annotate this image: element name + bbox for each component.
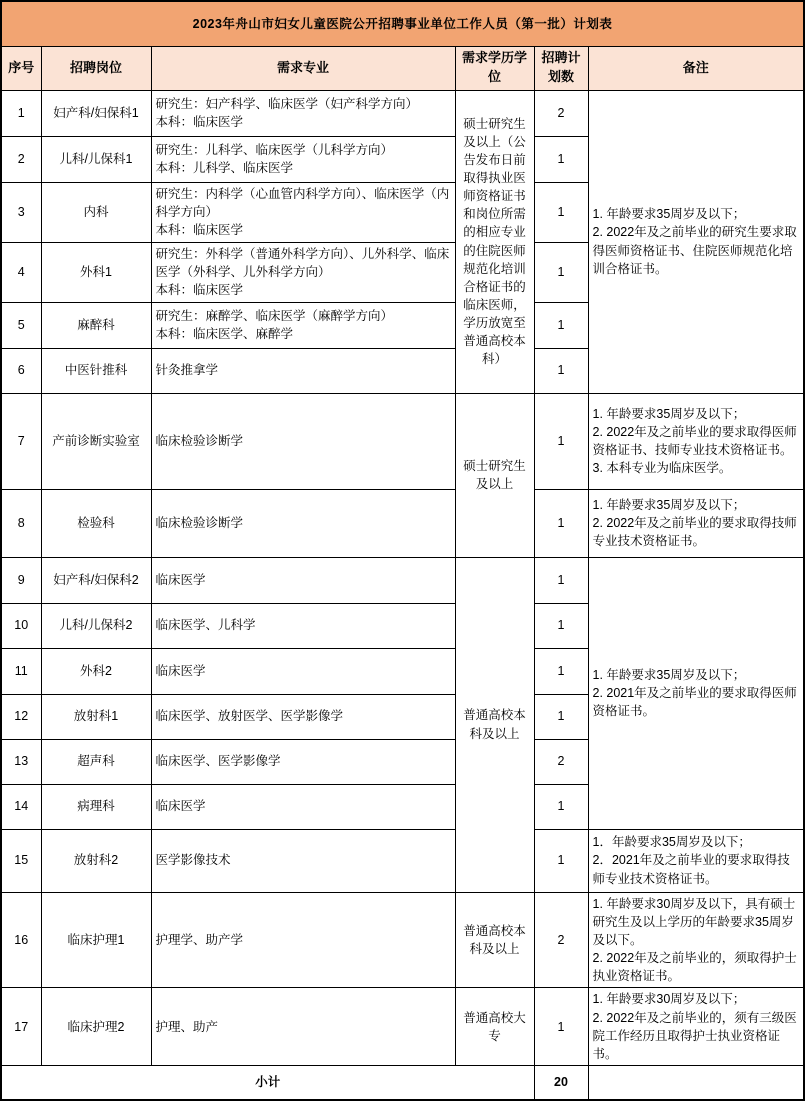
cell-major: 护理、助产	[151, 988, 455, 1066]
subtotal-row: 小计 20	[1, 1066, 804, 1100]
cell-count: 1	[534, 829, 588, 892]
cell-major: 临床医学	[151, 784, 455, 829]
cell-count: 1	[534, 242, 588, 302]
cell-no: 1	[1, 90, 41, 136]
table-row: 8检验科临床检验诊断学11. 年龄要求35周岁及以下； 2. 2022年及之前毕…	[1, 489, 804, 557]
cell-count: 2	[534, 892, 588, 988]
cell-no: 6	[1, 348, 41, 393]
cell-post: 中医针推科	[41, 348, 151, 393]
table-row: 17临床护理2护理、助产普通高校大专11. 年龄要求30周岁及以下； 2. 20…	[1, 988, 804, 1066]
cell-major: 研究生：麻醉学、临床医学（麻醉学方向） 本科：临床医学、麻醉学	[151, 302, 455, 348]
cell-post: 检验科	[41, 489, 151, 557]
cell-no: 2	[1, 136, 41, 182]
column-header-count: 招聘计划数	[534, 46, 588, 90]
recruitment-plan-sheet: 2023年舟山市妇女儿童医院公开招聘事业单位工作人员（第一批）计划表 序号 招聘…	[0, 0, 805, 1108]
cell-count: 1	[534, 988, 588, 1066]
cell-remark: 1．年龄要求35周岁及以下； 2．2021年及之前毕业的要求取得技师专业技术资格…	[588, 829, 804, 892]
cell-count: 1	[534, 603, 588, 648]
cell-count: 1	[534, 648, 588, 694]
cell-remark: 1. 年龄要求35周岁及以下； 2. 2022年及之前毕业的要求取得技师专业技术…	[588, 489, 804, 557]
column-header-post: 招聘岗位	[41, 46, 151, 90]
cell-post: 临床护理2	[41, 988, 151, 1066]
cell-major: 研究生：外科学（普通外科学方向）、儿外科学、临床医学（外科学、儿外科学方向） 本…	[151, 242, 455, 302]
cell-major: 临床检验诊断学	[151, 393, 455, 489]
cell-major: 临床医学	[151, 557, 455, 603]
cell-no: 16	[1, 892, 41, 988]
cell-education: 普通高校本科及以上	[455, 557, 534, 892]
cell-post: 外科1	[41, 242, 151, 302]
cell-no: 9	[1, 557, 41, 603]
cell-no: 15	[1, 829, 41, 892]
cell-education: 普通高校大专	[455, 988, 534, 1066]
cell-count: 1	[534, 348, 588, 393]
cell-post: 内科	[41, 182, 151, 242]
cell-remark: 1. 年龄要求35周岁及以下； 2. 2022年及之前毕业的研究生要求取得医师资…	[588, 90, 804, 393]
cell-no: 13	[1, 739, 41, 784]
cell-education: 硕士研究生及以上（公告发布日前取得执业医师资格证书和岗位所需的相应专业的住院医师…	[455, 90, 534, 393]
cell-remark: 1. 年龄要求30周岁及以下，具有硕士研究生及以上学历的年龄要求35周岁及以下。…	[588, 892, 804, 988]
column-header-edu: 需求学历学位	[455, 46, 534, 90]
cell-remark: 1. 年龄要求35周岁及以下； 2. 2021年及之前毕业的要求取得医师资格证书…	[588, 557, 804, 829]
cell-count: 2	[534, 739, 588, 784]
cell-major: 护理学、助产学	[151, 892, 455, 988]
table-row: 15放射科2医学影像技术11．年龄要求35周岁及以下； 2．2021年及之前毕业…	[1, 829, 804, 892]
cell-no: 4	[1, 242, 41, 302]
table-body: 1妇产科/妇保科1研究生：妇产科学、临床医学（妇产科学方向） 本科：临床医学硕士…	[1, 90, 804, 1066]
page-title: 2023年舟山市妇女儿童医院公开招聘事业单位工作人员（第一批）计划表	[1, 1, 804, 46]
table-row: 1妇产科/妇保科1研究生：妇产科学、临床医学（妇产科学方向） 本科：临床医学硕士…	[1, 90, 804, 136]
column-header-major: 需求专业	[151, 46, 455, 90]
cell-post: 妇产科/妇保科2	[41, 557, 151, 603]
cell-post: 妇产科/妇保科1	[41, 90, 151, 136]
cell-no: 5	[1, 302, 41, 348]
cell-major: 研究生：内科学（心血管内科学方向）、临床医学（内科学方向） 本科：临床医学	[151, 182, 455, 242]
column-header-row: 序号 招聘岗位 需求专业 需求学历学位 招聘计划数 备注	[1, 46, 804, 90]
cell-no: 3	[1, 182, 41, 242]
cell-major: 临床检验诊断学	[151, 489, 455, 557]
cell-post: 放射科2	[41, 829, 151, 892]
table-row: 16临床护理1护理学、助产学普通高校本科及以上21. 年龄要求30周岁及以下，具…	[1, 892, 804, 988]
cell-count: 1	[534, 557, 588, 603]
column-header-no: 序号	[1, 46, 41, 90]
cell-post: 麻醉科	[41, 302, 151, 348]
cell-no: 11	[1, 648, 41, 694]
cell-major: 研究生：妇产科学、临床医学（妇产科学方向） 本科：临床医学	[151, 90, 455, 136]
cell-education: 硕士研究生及以上	[455, 393, 534, 557]
cell-count: 1	[534, 136, 588, 182]
cell-major: 临床医学	[151, 648, 455, 694]
cell-major: 临床医学、儿科学	[151, 603, 455, 648]
cell-post: 产前诊断实验室	[41, 393, 151, 489]
cell-post: 临床护理1	[41, 892, 151, 988]
cell-major: 临床医学、放射医学、医学影像学	[151, 694, 455, 739]
cell-post: 儿科/儿保科2	[41, 603, 151, 648]
cell-no: 12	[1, 694, 41, 739]
cell-count: 1	[534, 393, 588, 489]
cell-major: 针灸推拿学	[151, 348, 455, 393]
title-row: 2023年舟山市妇女儿童医院公开招聘事业单位工作人员（第一批）计划表	[1, 1, 804, 46]
cell-count: 1	[534, 489, 588, 557]
cell-count: 2	[534, 90, 588, 136]
cell-major: 临床医学、医学影像学	[151, 739, 455, 784]
recruitment-table: 2023年舟山市妇女儿童医院公开招聘事业单位工作人员（第一批）计划表 序号 招聘…	[0, 0, 805, 1101]
cell-no: 8	[1, 489, 41, 557]
subtotal-remark	[588, 1066, 804, 1100]
cell-no: 7	[1, 393, 41, 489]
cell-major: 研究生：儿科学、临床医学（儿科学方向） 本科：儿科学、临床医学	[151, 136, 455, 182]
cell-post: 外科2	[41, 648, 151, 694]
cell-post: 超声科	[41, 739, 151, 784]
subtotal-count: 20	[534, 1066, 588, 1100]
cell-count: 1	[534, 182, 588, 242]
cell-no: 10	[1, 603, 41, 648]
column-header-remark: 备注	[588, 46, 804, 90]
cell-post: 病理科	[41, 784, 151, 829]
cell-post: 儿科/儿保科1	[41, 136, 151, 182]
cell-post: 放射科1	[41, 694, 151, 739]
cell-education: 普通高校本科及以上	[455, 892, 534, 988]
cell-no: 17	[1, 988, 41, 1066]
cell-remark: 1. 年龄要求35周岁及以下； 2. 2022年及之前毕业的要求取得医师资格证书…	[588, 393, 804, 489]
table-row: 7产前诊断实验室临床检验诊断学硕士研究生及以上11. 年龄要求35周岁及以下； …	[1, 393, 804, 489]
cell-no: 14	[1, 784, 41, 829]
subtotal-label: 小计	[1, 1066, 534, 1100]
cell-remark: 1. 年龄要求30周岁及以下； 2. 2022年及之前毕业的，须有三级医院工作经…	[588, 988, 804, 1066]
table-row: 9妇产科/妇保科2临床医学普通高校本科及以上11. 年龄要求35周岁及以下； 2…	[1, 557, 804, 603]
cell-count: 1	[534, 784, 588, 829]
cell-count: 1	[534, 302, 588, 348]
cell-count: 1	[534, 694, 588, 739]
cell-major: 医学影像技术	[151, 829, 455, 892]
